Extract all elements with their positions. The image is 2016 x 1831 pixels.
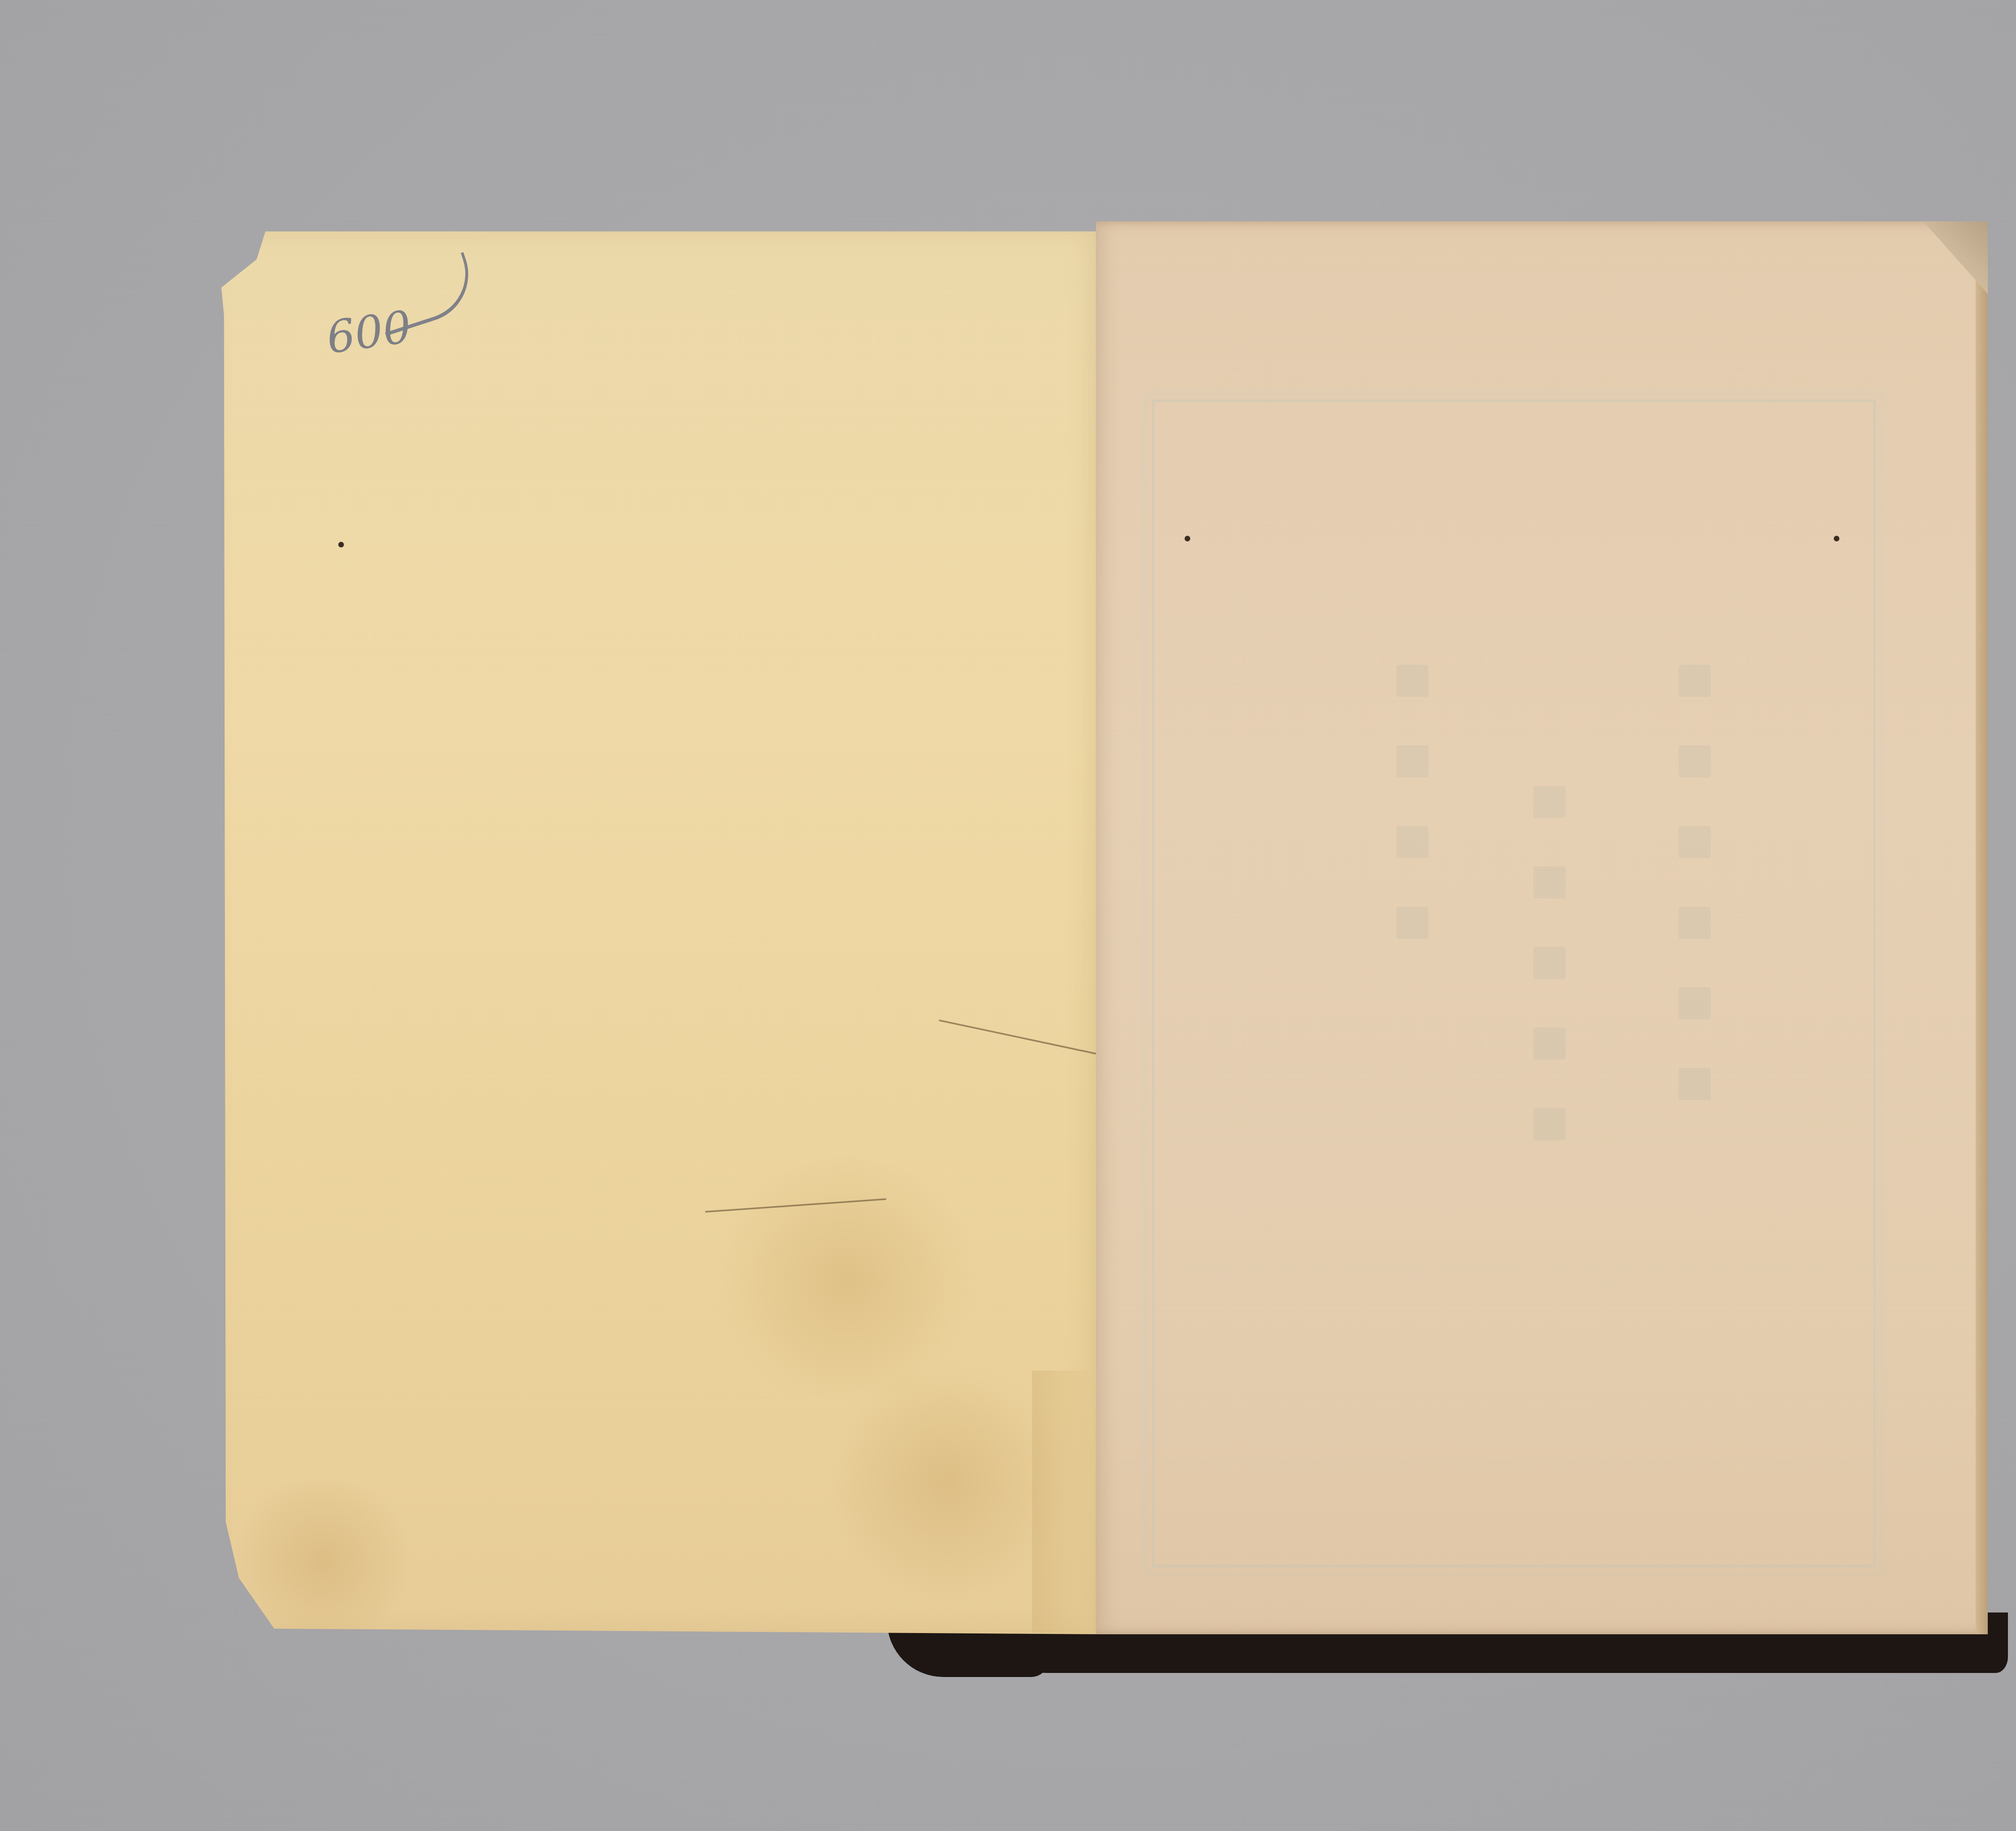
printed-frame	[1152, 399, 1876, 1567]
binding-hole	[1185, 536, 1190, 541]
water-stain	[826, 1360, 1068, 1602]
show-through-text	[1677, 665, 1713, 1100]
show-through-text	[1394, 665, 1431, 939]
show-through-text	[1531, 786, 1568, 1140]
folded-corner	[1923, 221, 1988, 294]
right-page	[1096, 221, 1988, 1634]
open-book: 600	[0, 0, 2016, 1831]
binding-hole	[338, 542, 344, 547]
binding-hole	[1834, 536, 1839, 541]
water-stain	[221, 1481, 423, 1642]
spine-strip	[1032, 1371, 1093, 1633]
page-tear	[939, 1020, 1105, 1056]
page-edge	[1976, 254, 1988, 1634]
left-page	[221, 231, 1102, 1634]
